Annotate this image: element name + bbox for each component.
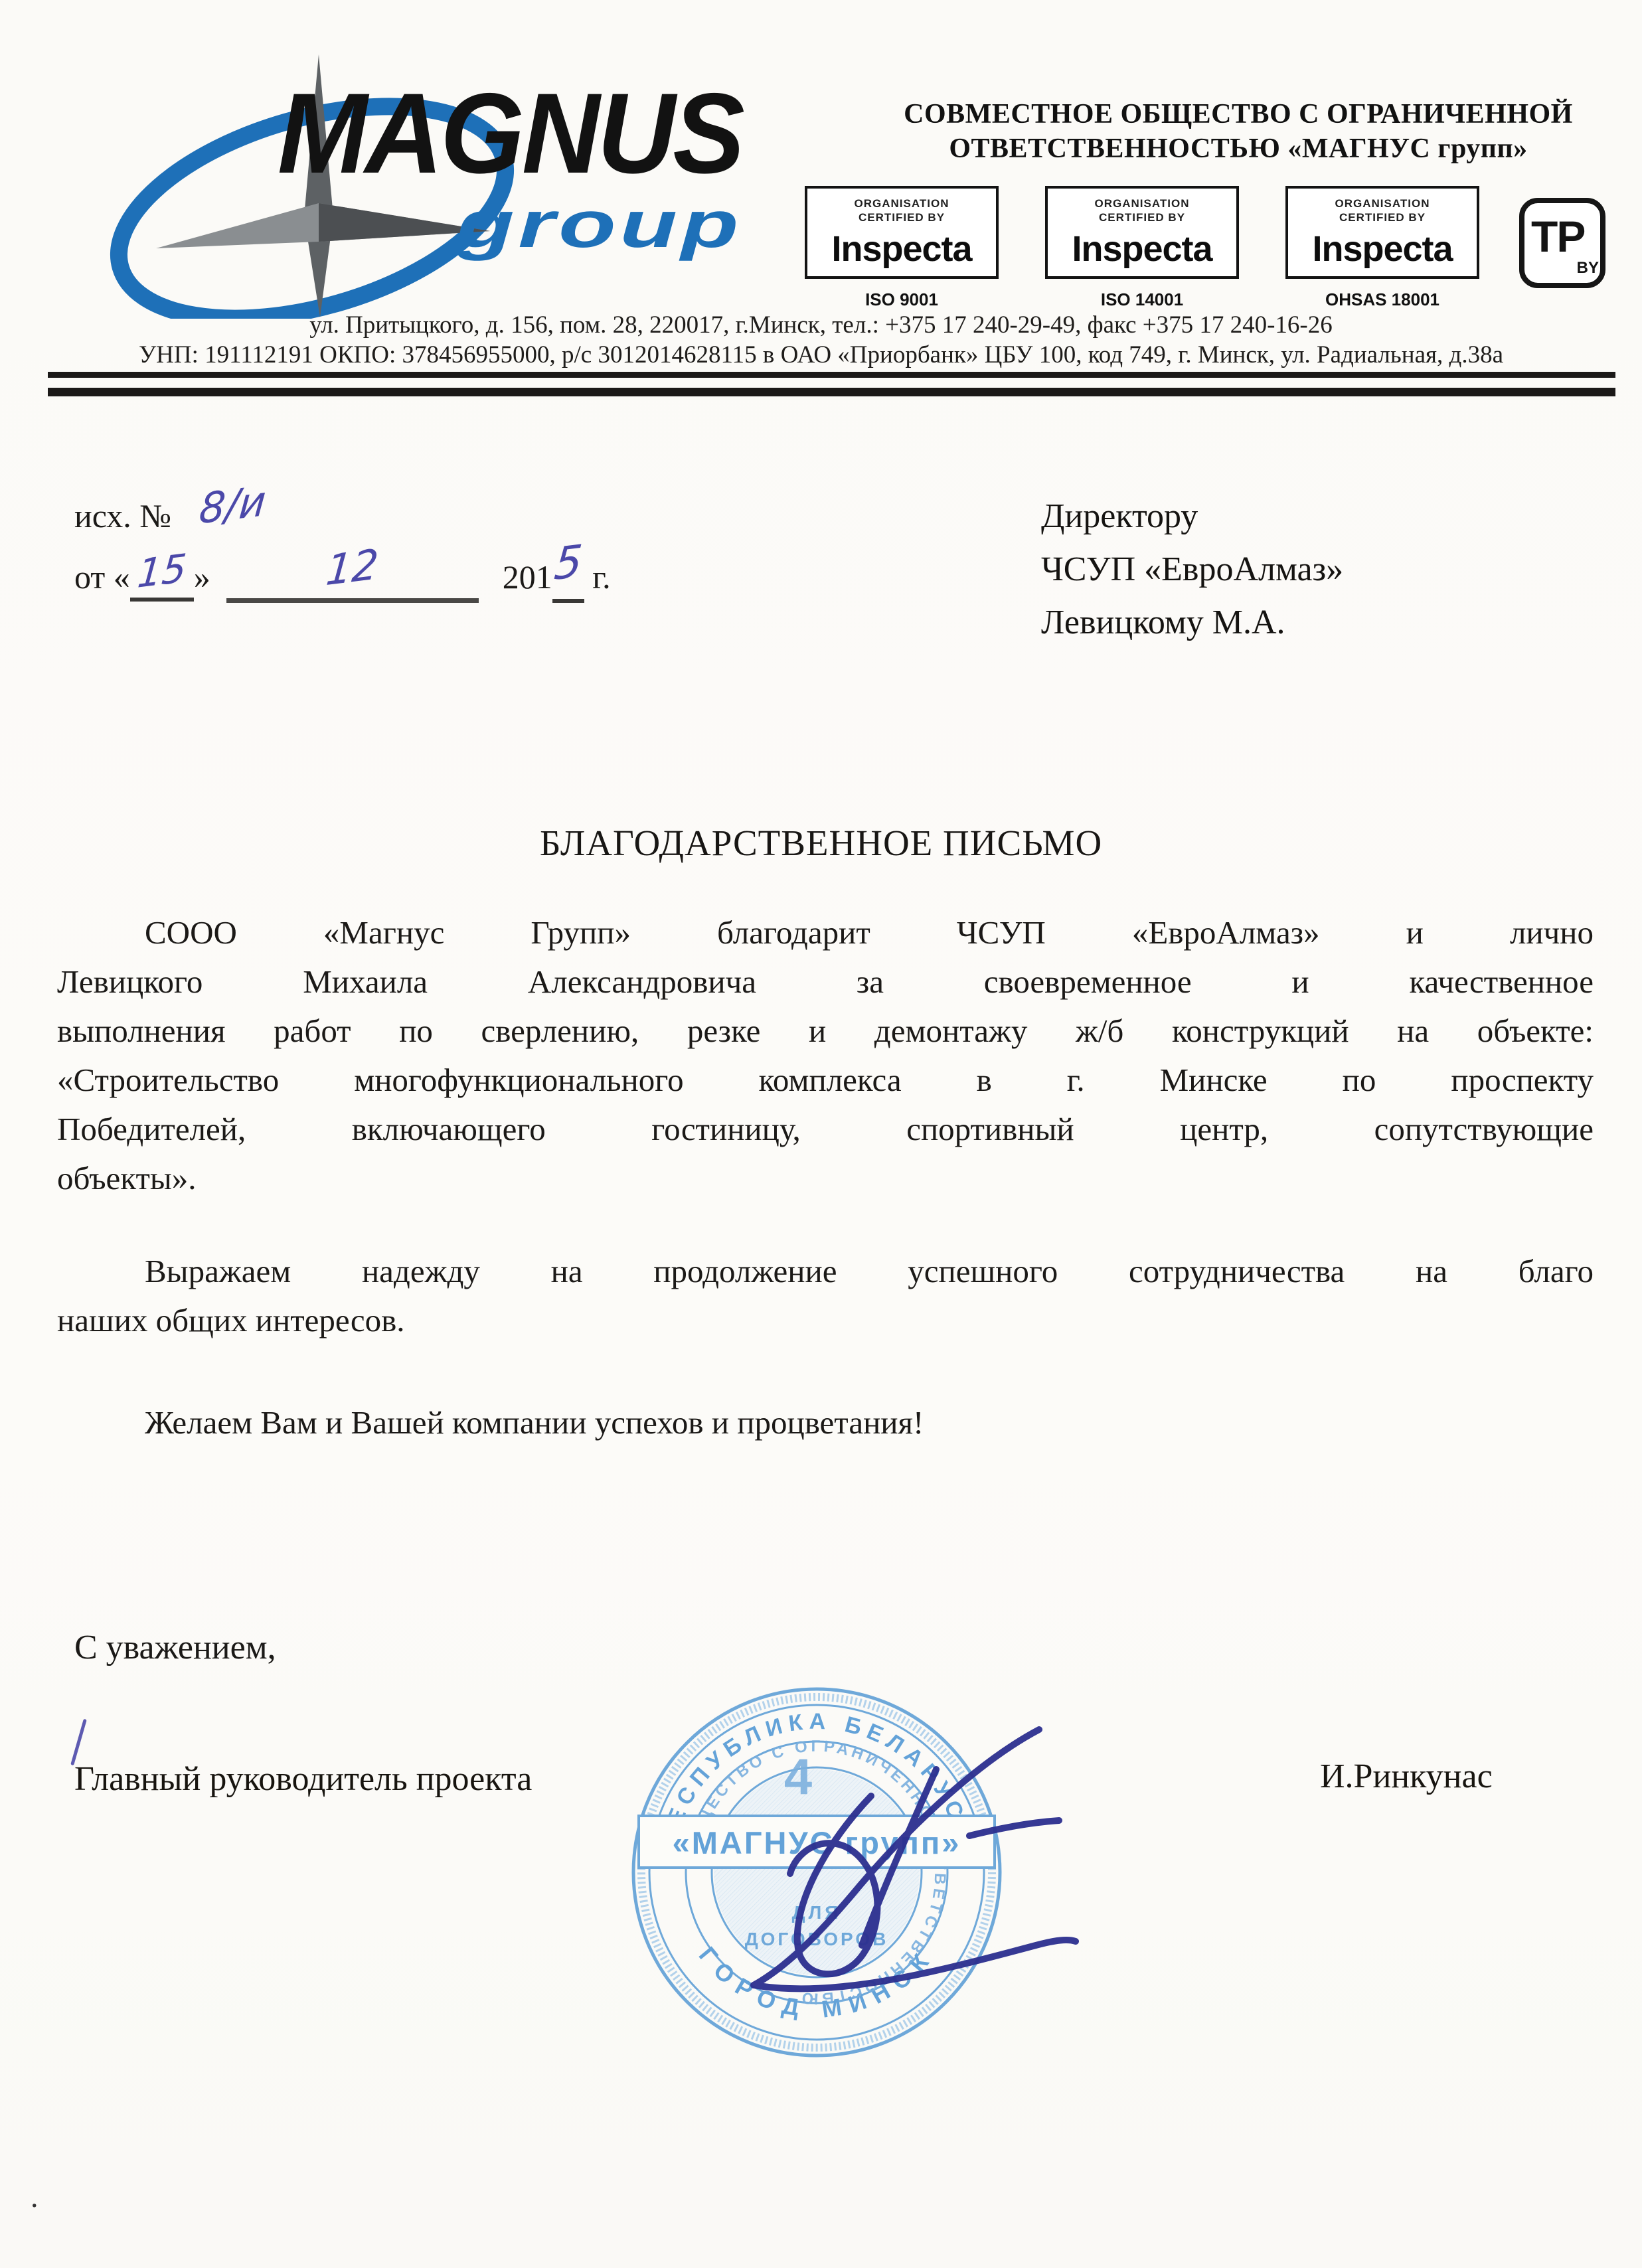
- logo-wordmark: MAGNUS: [278, 70, 744, 197]
- date-month-slot: 12: [226, 550, 479, 603]
- date-year-slot: 5: [552, 548, 584, 603]
- letterhead-divider-thick: [48, 388, 1615, 396]
- badge-standard: ISO 9001: [805, 289, 999, 310]
- date-day-slot: 15: [130, 552, 194, 602]
- paragraph-line: наших общих интересов.: [57, 1296, 1594, 1345]
- closing-salutation: С уважением,: [74, 1628, 276, 1667]
- recipient-title: Директору: [1041, 490, 1343, 543]
- paragraph-line: объекты».: [57, 1154, 1594, 1203]
- magnus-logo-icon: MAGNUS group: [100, 46, 783, 319]
- letter-title: БЛАГОДАРСТВЕННОЕ ПИСЬМО: [0, 822, 1642, 864]
- reference-block: исх. №8/и от «15»122015 г.: [74, 489, 611, 603]
- paragraph-1: СООО «Магнус Групп» благодарит ЧСУП «Евр…: [57, 908, 1594, 1203]
- stray-dot-mark: .: [31, 2179, 39, 2214]
- badge-standard: ISO 14001: [1045, 289, 1239, 310]
- signer-title: Главный руководитель проекта: [74, 1759, 532, 1799]
- badge-box: ORGANISATION CERTIFIED BY Inspecta: [1045, 186, 1239, 279]
- date-day-handwritten: 15: [135, 545, 188, 597]
- paragraph-line: Левицкого Михаила Александровича за свое…: [57, 957, 1594, 1007]
- company-name-line2: ОТВЕТСТВЕННОСТЬЮ «МАГНУС групп»: [876, 131, 1600, 166]
- date-year-suffix: г.: [592, 558, 610, 596]
- paragraph-line: СООО «Магнус Групп» благодарит ЧСУП «Евр…: [57, 908, 1594, 957]
- reference-number-label: исх. №: [74, 497, 171, 534]
- badge-cert-line1: ORGANISATION: [1052, 197, 1232, 210]
- address-line2: УНП: 191112191 ОКПО: 378456955000, р/с 3…: [0, 341, 1642, 369]
- paragraph-line: выполнения работ по сверлению, резке и д…: [57, 1007, 1594, 1056]
- company-name: СОВМЕСТНОЕ ОБЩЕСТВО С ОГРАНИЧЕННОЙ ОТВЕТ…: [876, 97, 1600, 166]
- scanned-letter-page: MAGNUS group СОВМЕСТНОЕ ОБЩЕСТВО С ОГРАН…: [0, 0, 1642, 2268]
- reference-number-handwritten: 8/и: [197, 476, 268, 534]
- badge-cert-line2: CERTIFIED BY: [1292, 210, 1473, 224]
- badge-box: ORGANISATION CERTIFIED BY Inspecta: [1285, 186, 1479, 279]
- paragraph-line: Желаем Вам и Вашей компании успехов и пр…: [57, 1398, 1594, 1447]
- badge-brand: Inspecta: [1292, 228, 1473, 270]
- certification-badge-iso14001: ORGANISATION CERTIFIED BY Inspecta ISO 1…: [1045, 186, 1239, 310]
- paragraph-line: Выражаем надежду на продолжение успешног…: [57, 1247, 1594, 1296]
- paragraph-line: «Строительство многофункционального комп…: [57, 1056, 1594, 1105]
- certification-badges: ORGANISATION CERTIFIED BY Inspecta ISO 9…: [805, 186, 1479, 310]
- paragraph-line: Победителей, включающего гостиницу, спор…: [57, 1105, 1594, 1154]
- tp-by-mark-icon: TP BY: [1519, 198, 1605, 288]
- badge-brand: Inspecta: [811, 228, 992, 270]
- recipient-person: Левицкому М.А.: [1041, 596, 1343, 649]
- reference-date-line: от «15»122015 г.: [74, 548, 611, 603]
- paragraph-3: Желаем Вам и Вашей компании успехов и пр…: [57, 1398, 1594, 1447]
- badge-brand: Inspecta: [1052, 228, 1232, 270]
- certification-badge-ohsas18001: ORGANISATION CERTIFIED BY Inspecta OHSAS…: [1285, 186, 1479, 310]
- signer-name: И.Ринкунас: [1320, 1757, 1493, 1796]
- reference-number-line: исх. №8/и: [74, 489, 611, 537]
- recipient-block: Директору ЧСУП «ЕвроАлмаз» Левицкому М.А…: [1041, 490, 1343, 649]
- logo-wordmark-sub: group: [456, 187, 742, 262]
- certification-badge-iso9001: ORGANISATION CERTIFIED BY Inspecta ISO 9…: [805, 186, 999, 310]
- badge-cert-line1: ORGANISATION: [811, 197, 992, 210]
- date-year-printed: 201: [503, 558, 552, 596]
- badge-standard: OHSAS 18001: [1285, 289, 1479, 310]
- date-quote-close: »: [194, 558, 210, 596]
- letterhead-divider-thin: [48, 372, 1615, 378]
- address-line1: ул. Притыцкого, д. 156, пом. 28, 220017,…: [0, 311, 1642, 339]
- date-year-handwritten: 5: [552, 535, 584, 591]
- badge-cert-line2: CERTIFIED BY: [811, 210, 992, 224]
- tp-by-mark-sub: BY: [1577, 259, 1599, 278]
- signature-stroke-flick: [969, 1821, 1059, 1836]
- handwritten-signature: [624, 1680, 1089, 2052]
- badge-box: ORGANISATION CERTIFIED BY Inspecta: [805, 186, 999, 279]
- recipient-company: ЧСУП «ЕвроАлмаз»: [1041, 543, 1343, 596]
- date-prefix: от «: [74, 558, 130, 596]
- date-month-handwritten: 12: [324, 540, 380, 596]
- badge-cert-line2: CERTIFIED BY: [1052, 210, 1232, 224]
- tp-by-mark-main: TP: [1531, 211, 1584, 262]
- badge-cert-line1: ORGANISATION: [1292, 197, 1473, 210]
- company-name-line1: СОВМЕСТНОЕ ОБЩЕСТВО С ОГРАНИЧЕННОЙ: [876, 97, 1600, 131]
- paragraph-2: Выражаем надежду на продолжение успешног…: [57, 1247, 1594, 1345]
- pen-tick-mark: [70, 1719, 87, 1766]
